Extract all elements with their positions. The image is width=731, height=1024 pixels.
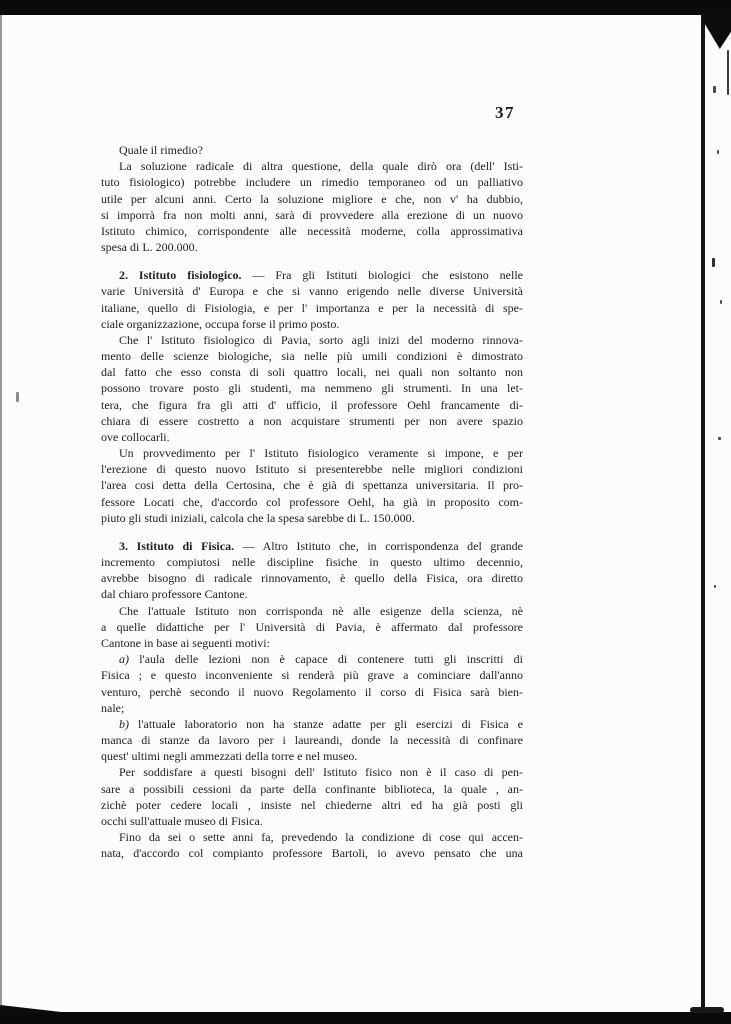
scanned-page: 37 Quale il rimedio?La soluzione radical… [0, 0, 731, 1024]
text-line: Fino da sei o sette anni fa, prevedendo … [101, 829, 523, 845]
text-line: Un provvedimento per l' Istituto fisiolo… [101, 445, 523, 461]
text-line: Per soddisfare a questi bisogni dell' Is… [101, 764, 523, 780]
scan-artifact [703, 13, 731, 49]
paragraph: Che l'attuale Istituto non corrisponda n… [101, 603, 523, 652]
text-line: mento delle scienze biologiche, sia nell… [101, 348, 523, 364]
text-line: piuto gli studi iniziali, calcola che la… [101, 510, 523, 526]
scan-artifact [16, 392, 19, 402]
text-line: utile per alcuni anni. Certo la soluzion… [101, 191, 523, 207]
text-line: avrebbe bisogno di radicale rinnovamento… [101, 570, 523, 586]
paragraph: a) l'aula delle lezioni non è capace di … [101, 651, 523, 716]
paragraph: Per soddisfare a questi bisogni dell' Is… [101, 764, 523, 829]
scan-edge-left [0, 15, 2, 1012]
text-line: 3. Istituto di Fisica. — Altro Istituto … [101, 538, 523, 554]
text-line: Che l'attuale Istituto non corrisponda n… [101, 603, 523, 619]
scan-artifact [717, 150, 719, 154]
list-item-marker: a) [119, 652, 129, 666]
text-line: nale; [101, 700, 523, 716]
text-line: zichè poter cedere locali , insiste nel … [101, 797, 523, 813]
section-heading: 3. Istituto di Fisica. [119, 539, 234, 553]
scan-artifact [712, 258, 715, 267]
page-number: 37 [101, 103, 523, 123]
text-line: venturo, perchè secondo il nuovo Regolam… [101, 684, 523, 700]
text-line: La soluzione radicale di altra questione… [101, 158, 523, 174]
text-line: possono trovare posto gli studenti, ma n… [101, 380, 523, 396]
scan-artifact [714, 585, 716, 588]
paragraph: Che l' Istituto fisiologico di Pavia, so… [101, 332, 523, 445]
text-line: b) l'attuale laboratorio non ha stanze a… [101, 716, 523, 732]
scan-border-top [0, 0, 731, 15]
text-line: dal fatto che esso consta di soli quattr… [101, 364, 523, 380]
page-edge-line [701, 14, 705, 1014]
text-line: a) l'aula delle lezioni non è capace di … [101, 651, 523, 667]
text-line: manca di stanze da lavoro per i laureand… [101, 732, 523, 748]
text-line: Fisica ; e questo inconveniente si rende… [101, 667, 523, 683]
text-line: dal chiaro professore Cantone. [101, 586, 523, 602]
text-line: ove collocarli. [101, 429, 523, 445]
text-line: nata, d'accordo col compianto professore… [101, 845, 523, 861]
text-line: Istituto chimico, corrispondente alle ne… [101, 223, 523, 239]
text-line: l'area cosi detta della Certosina, che è… [101, 477, 523, 493]
text-line: spesa di L. 200.000. [101, 239, 523, 255]
scan-artifact [718, 437, 721, 440]
text-line: ciale organizzazione, occupa forse il pr… [101, 316, 523, 332]
text-line: italiane, quello di Fisiologia, e per l'… [101, 300, 523, 316]
text-line: Quale il rimedio? [101, 142, 523, 158]
paragraph: Un provvedimento per l' Istituto fisiolo… [101, 445, 523, 526]
text-line: incremento compiutosi nelle discipline f… [101, 554, 523, 570]
scan-artifact [720, 300, 722, 304]
text-line: tera, che figura fra gli atti d' ufficio… [101, 397, 523, 413]
text-line: varie Università d' Europa e che si vann… [101, 283, 523, 299]
list-item-marker: b) [119, 717, 129, 731]
scan-artifact [727, 50, 729, 95]
text-line: Cantone in base ai seguenti motivi: [101, 635, 523, 651]
scan-border-bottom [0, 1012, 731, 1024]
text-line: tuto fisiologico) potrebbe includere un … [101, 174, 523, 190]
text-line: a quelle didattiche per l' Università di… [101, 619, 523, 635]
paragraph: La soluzione radicale di altra questione… [101, 158, 523, 255]
text-line: 2. Istituto fisiologico. — Fra gli Istit… [101, 267, 523, 283]
text-block: Quale il rimedio?La soluzione radicale d… [101, 142, 523, 861]
text-line: si imporrà fra non molti anni, sarà di p… [101, 207, 523, 223]
paragraph: Fino da sei o sette anni fa, prevedendo … [101, 829, 523, 861]
text-line: occhi sull'attuale museo di Fisica. [101, 813, 523, 829]
text-line: sare a possibili cessioni da parte della… [101, 781, 523, 797]
paragraph: b) l'attuale laboratorio non ha stanze a… [101, 716, 523, 765]
scan-artifact [690, 1007, 724, 1013]
text-line: l'erezione di questo nuovo Istituto si p… [101, 461, 523, 477]
text-line: chiara di essere costretto a non acquist… [101, 413, 523, 429]
section-heading: 2. Istituto fisiologico. [119, 268, 242, 282]
paragraph: 3. Istituto di Fisica. — Altro Istituto … [101, 538, 523, 603]
text-line: fessore Locati che, d'accordo col profes… [101, 494, 523, 510]
text-line: Che l' Istituto fisiologico di Pavia, so… [101, 332, 523, 348]
scan-artifact [713, 86, 716, 93]
text-line: quest' ultimi negli ammezzati della torr… [101, 748, 523, 764]
paragraph: 2. Istituto fisiologico. — Fra gli Istit… [101, 267, 523, 332]
paragraph: Quale il rimedio? [101, 142, 523, 158]
